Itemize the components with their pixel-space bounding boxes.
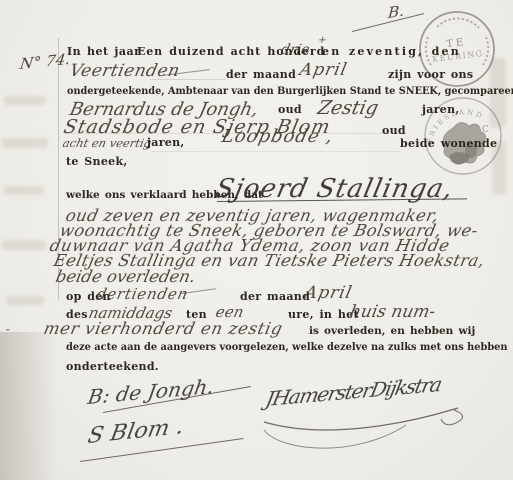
printed-text: zijn voor ons (388, 68, 473, 81)
written-year-word: drie (279, 42, 311, 58)
printed-text: der maand (226, 68, 296, 81)
written-death-month: April (303, 283, 354, 303)
printed-text: jaren, (147, 136, 185, 149)
printed-text: oud (278, 103, 302, 116)
printed-text: beide wonende (400, 137, 497, 150)
document-scan: TE KEURING FRIESLAND C B. N° 74. In het … (0, 0, 513, 480)
page-edge-shading (0, 332, 58, 480)
bleed-through-artifact (4, 186, 44, 195)
written-house: huis num- (348, 302, 437, 322)
printed-text: te Sneek, (66, 155, 128, 168)
fill-in-rule (150, 151, 400, 152)
printed-text: en zeventig, den (322, 45, 461, 58)
written-death-day: dertienden (95, 285, 190, 303)
registrar-signature-flourish (256, 378, 471, 458)
printed-text: In het jaar (67, 45, 140, 58)
printed-text: is overleden, en hebben wij (309, 325, 475, 337)
written-details: beide overleden. (54, 267, 197, 286)
written-occupation2: Loopbode , (220, 126, 336, 147)
printed-text: ondergeteekende, Ambtenaar van den Burge… (67, 86, 513, 97)
printed-text: deze acte aan de aangevers voorgelezen, … (66, 342, 508, 353)
bleed-through-artifact (4, 96, 46, 105)
printed-text: der maand (240, 290, 310, 303)
written-house: mer vierhonderd en zestig (42, 319, 285, 338)
written-declarant2-age: acht en veertig (62, 136, 153, 150)
printed-text: oud (382, 124, 406, 137)
bleed-through-artifact (2, 138, 48, 148)
act-number: N° 74. (19, 50, 72, 73)
written-day: Veertienden (68, 61, 182, 81)
bleed-through-artifact (2, 240, 46, 250)
printed-text: onderteekend. (66, 360, 159, 373)
signature-declarant2: S Blom . (86, 414, 186, 449)
bleed-through-artifact (6, 296, 44, 305)
printed-text: jaren, (422, 103, 460, 116)
written-month: April (298, 60, 349, 80)
